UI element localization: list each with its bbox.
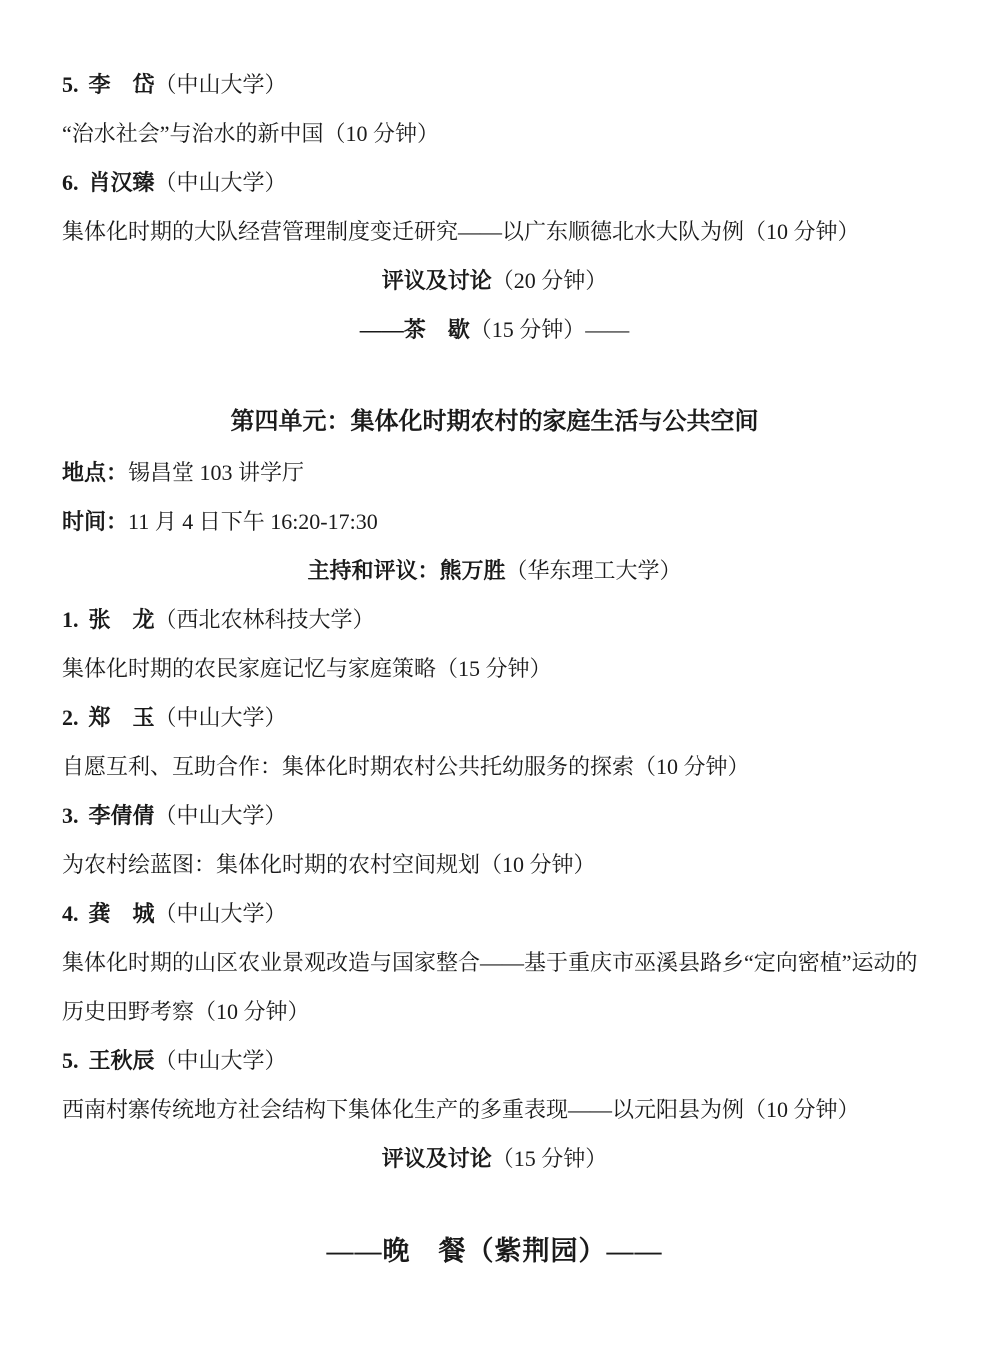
venue-line: 地点：锡昌堂 103 讲学厅 bbox=[62, 448, 927, 497]
presenter-affiliation: （中山大学） bbox=[155, 901, 287, 926]
presenter-affiliation: （中山大学） bbox=[155, 1048, 287, 1073]
chair-line: 主持和评议：熊万胜（华东理工大学） bbox=[62, 546, 927, 595]
presenter-line: 5.李 岱（中山大学） bbox=[62, 60, 927, 109]
dinner-banner: ——晚 餐（紫荆园）—— bbox=[62, 1223, 927, 1279]
paper-title: 集体化时期的大队经营管理制度变迁研究——以广东顺德北水大队为例（10 分钟） bbox=[62, 207, 927, 256]
presenter-name: 肖汉臻 bbox=[89, 170, 155, 195]
presenter-name: 张 龙 bbox=[89, 607, 155, 632]
discussion-label: 评议及讨论 bbox=[382, 1146, 492, 1171]
time-line: 时间：11 月 4 日下午 16:20-17:30 bbox=[62, 497, 927, 546]
session-heading: 第四单元：集体化时期农村的家庭生活与公共空间 bbox=[62, 396, 927, 448]
tea-break-label: 茶 歇 bbox=[404, 317, 470, 342]
presenter-number: 5. bbox=[62, 72, 79, 97]
presenter-line: 4.龚 城（中山大学） bbox=[62, 889, 927, 938]
time-value: 11 月 4 日下午 16:20-17:30 bbox=[128, 509, 378, 534]
paper-title: 西南村寨传统地方社会结构下集体化生产的多重表现——以元阳县为例（10 分钟） bbox=[62, 1085, 927, 1134]
discussion-label: 评议及讨论 bbox=[382, 268, 492, 293]
chair-affiliation: （华东理工大学） bbox=[506, 558, 682, 583]
paper-title: “治水社会”与治水的新中国（10 分钟） bbox=[62, 109, 927, 158]
presenter-name: 郑 玉 bbox=[89, 705, 155, 730]
paper-title: 自愿互利、互助合作：集体化时期农村公共托幼服务的探索（10 分钟） bbox=[62, 742, 927, 791]
venue-value: 锡昌堂 103 讲学厅 bbox=[128, 460, 304, 485]
presenter-number: 2. bbox=[62, 705, 79, 730]
presenter-name: 龚 城 bbox=[89, 901, 155, 926]
conference-program-page: 5.李 岱（中山大学） “治水社会”与治水的新中国（10 分钟） 6.肖汉臻（中… bbox=[0, 0, 987, 1350]
presenter-line: 1.张 龙（西北农林科技大学） bbox=[62, 595, 927, 644]
presenter-name: 李倩倩 bbox=[89, 803, 155, 828]
presenter-number: 1. bbox=[62, 607, 79, 632]
presenter-line: 2.郑 玉（中山大学） bbox=[62, 693, 927, 742]
presenter-line: 5.王秋辰（中山大学） bbox=[62, 1036, 927, 1085]
tea-break-dash-left: —— bbox=[360, 317, 404, 342]
presenter-affiliation: （西北农林科技大学） bbox=[155, 607, 375, 632]
chair-label: 主持和评议：熊万胜 bbox=[307, 558, 505, 583]
presenter-line: 6.肖汉臻（中山大学） bbox=[62, 158, 927, 207]
paper-title: 为农村绘蓝图：集体化时期的农村空间规划（10 分钟） bbox=[62, 840, 927, 889]
time-label: 时间： bbox=[62, 509, 128, 534]
presenter-affiliation: （中山大学） bbox=[155, 803, 287, 828]
presenter-affiliation: （中山大学） bbox=[155, 170, 287, 195]
discussion-line: 评议及讨论（20 分钟） bbox=[62, 256, 927, 305]
discussion-duration: （20 分钟） bbox=[492, 268, 608, 293]
discussion-line: 评议及讨论（15 分钟） bbox=[62, 1134, 927, 1183]
presenter-number: 5. bbox=[62, 1048, 79, 1073]
paper-title: 集体化时期的山区农业景观改造与国家整合——基于重庆市巫溪县路乡“定向密植”运动的… bbox=[62, 938, 927, 1036]
presenter-name: 王秋辰 bbox=[89, 1048, 155, 1073]
presenter-name: 李 岱 bbox=[89, 72, 155, 97]
tea-break-dash-right: —— bbox=[585, 317, 629, 342]
presenter-affiliation: （中山大学） bbox=[155, 705, 287, 730]
discussion-duration: （15 分钟） bbox=[492, 1146, 608, 1171]
tea-break-line: ——茶 歇（15 分钟）—— bbox=[62, 305, 927, 354]
presenter-line: 3.李倩倩（中山大学） bbox=[62, 791, 927, 840]
presenter-number: 4. bbox=[62, 901, 79, 926]
tea-break-duration: （15 分钟） bbox=[470, 317, 586, 342]
presenter-number: 6. bbox=[62, 170, 79, 195]
venue-label: 地点： bbox=[62, 460, 128, 485]
paper-title: 集体化时期的农民家庭记忆与家庭策略（15 分钟） bbox=[62, 644, 927, 693]
presenter-number: 3. bbox=[62, 803, 79, 828]
presenter-affiliation: （中山大学） bbox=[155, 72, 287, 97]
